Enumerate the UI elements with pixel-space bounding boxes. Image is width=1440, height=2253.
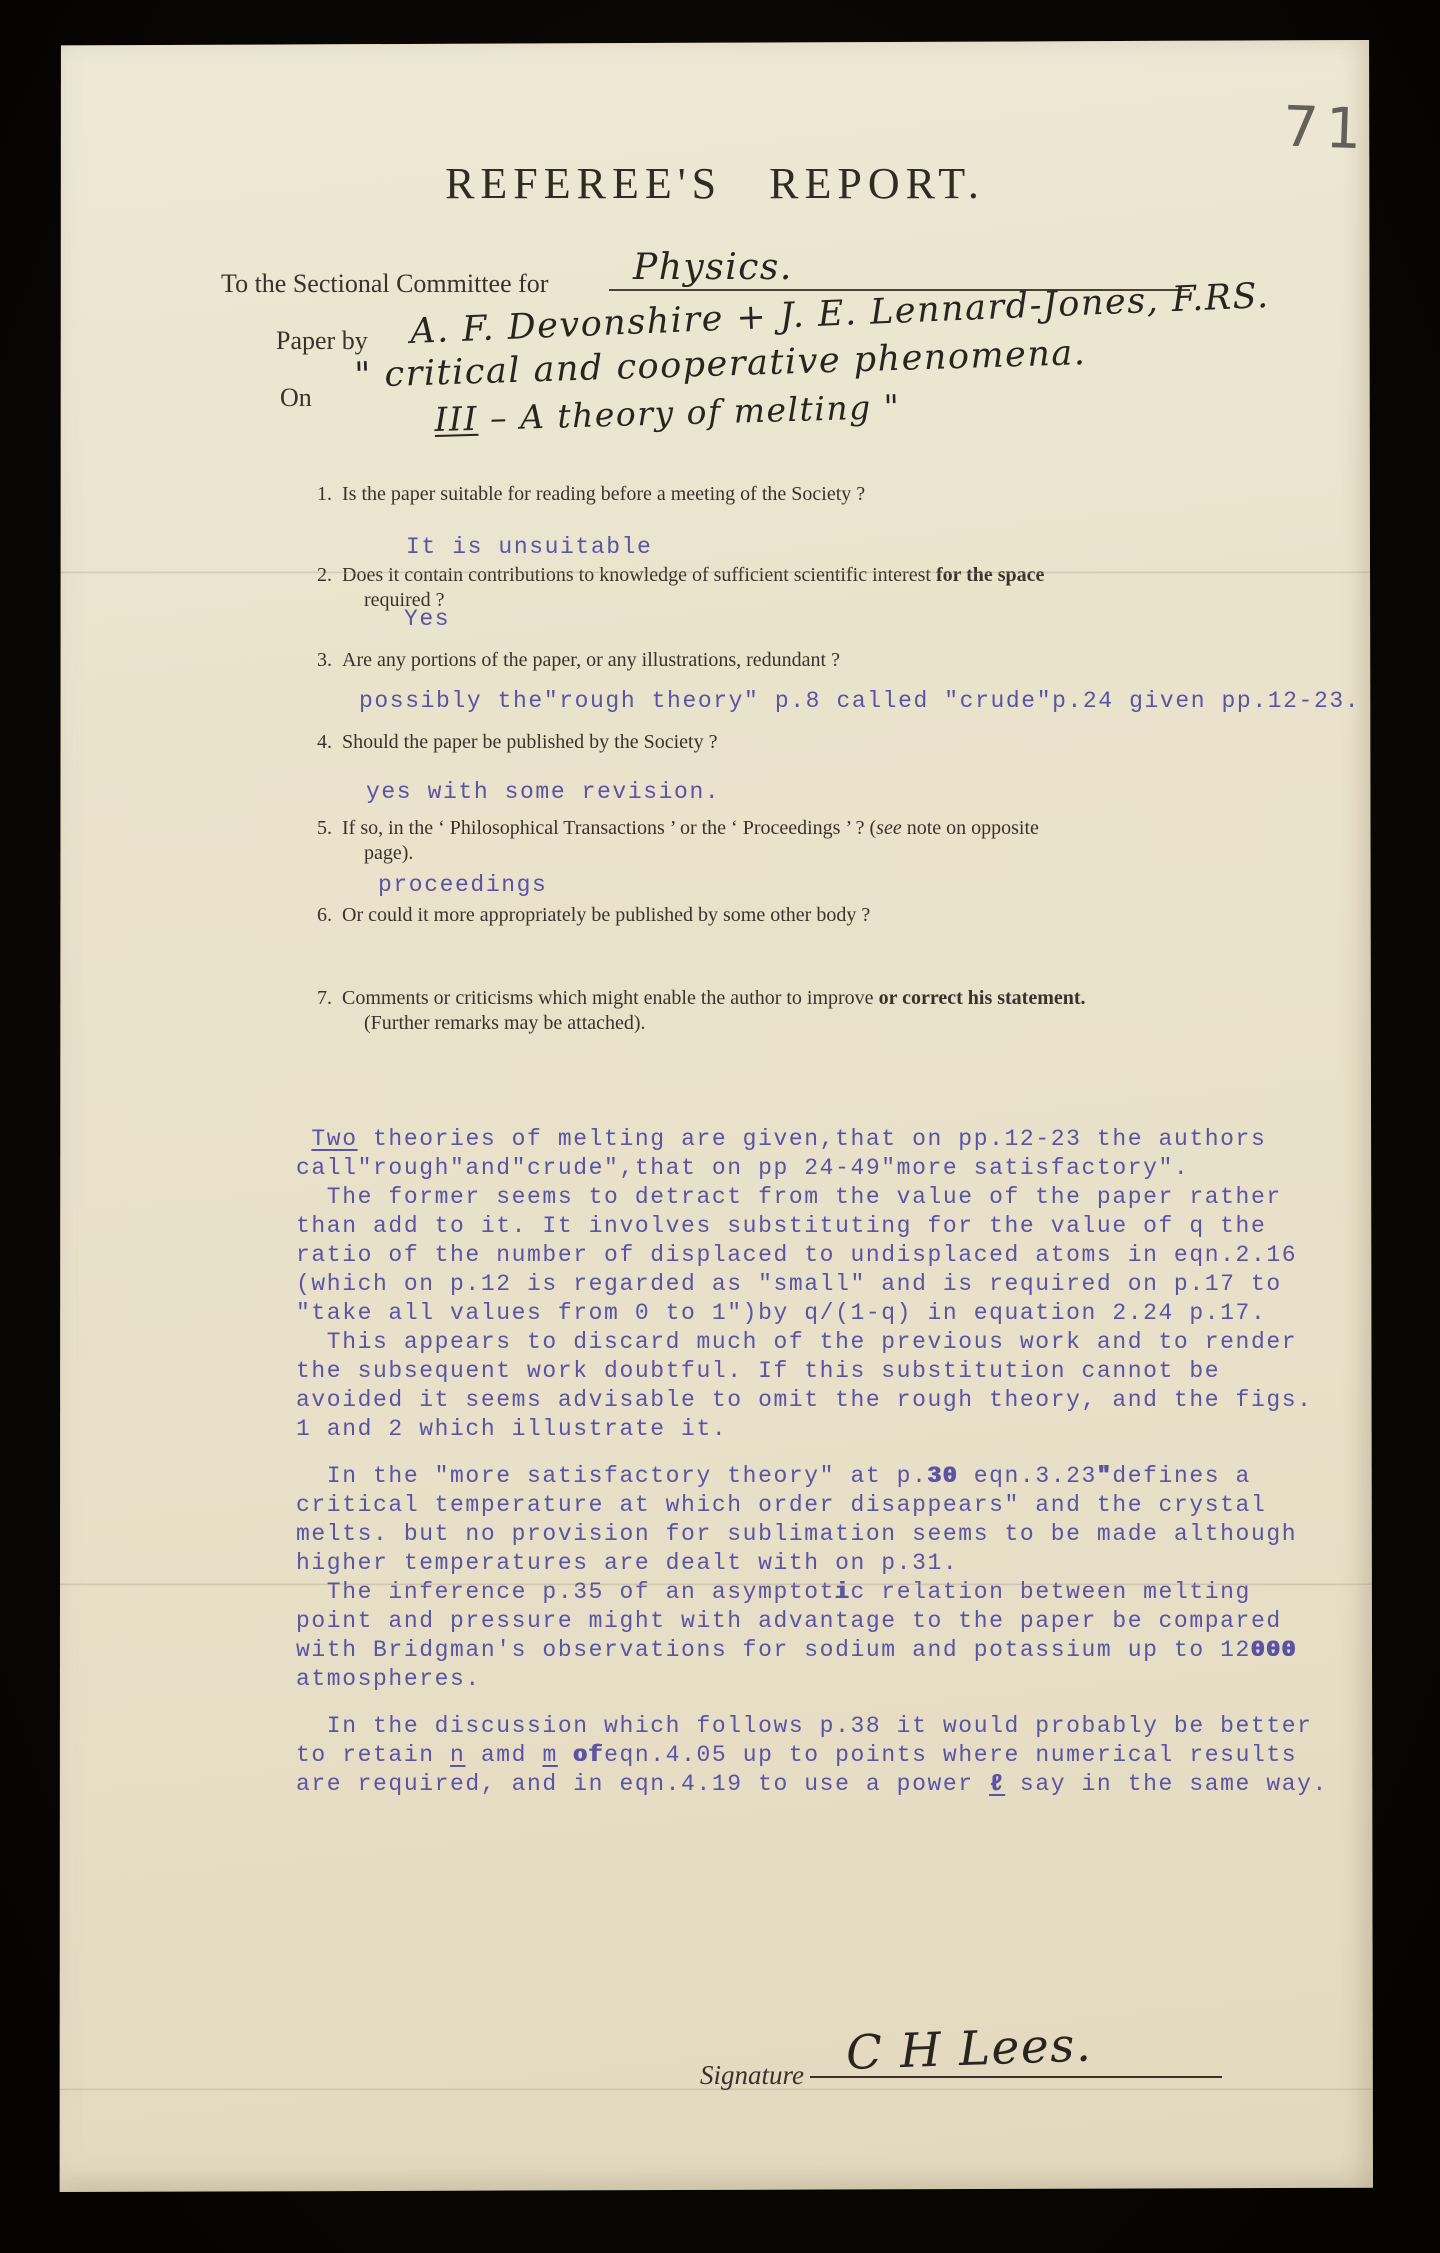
comment-line: ratio of the number of displaced to undi… xyxy=(296,1242,1366,1271)
question-3: 3. Are any portions of the paper, or any… xyxy=(317,648,1397,673)
comment-line: with Bridgman's observations for sodium … xyxy=(296,1637,1366,1666)
comment-line: are required, and in eqn.4.19 to use a p… xyxy=(296,1771,1366,1800)
comment-line: "take all values from 0 to 1")by q/(1-q)… xyxy=(296,1300,1366,1329)
scan-background: 71 REFEREE'S REPORT. To the Sectional Co… xyxy=(0,0,1440,2253)
comment-line: the subsequent work doubtful. If this su… xyxy=(296,1358,1366,1387)
committee-value-handwritten: Physics. xyxy=(633,247,793,288)
comment-line: atmospheres. xyxy=(296,1666,1366,1695)
comment-line: than add to it. It involves substituting… xyxy=(296,1213,1366,1242)
question-2-number: 2. xyxy=(317,563,332,588)
question-6-text: Or could it more appropriately be publis… xyxy=(342,903,1397,928)
question-2-text-line1: Does it contain contributions to knowled… xyxy=(342,563,1397,588)
comment-line: The former seems to detract from the val… xyxy=(296,1184,1366,1213)
comment-line: avoided it seems advisable to omit the r… xyxy=(296,1387,1366,1416)
answer-1-typed: It is unsuitable xyxy=(406,534,652,560)
answer-4-typed: yes with some revision. xyxy=(366,779,720,805)
question-5-text-line1: If so, in the ‘ Philosophical Transactio… xyxy=(342,816,1397,841)
comment-line: This appears to discard much of the prev… xyxy=(296,1329,1366,1358)
question-3-text: Are any portions of the paper, or any il… xyxy=(342,648,1397,673)
question-5-number: 5. xyxy=(317,816,332,841)
question-7-text-line1: Comments or criticisms which might enabl… xyxy=(342,986,1397,1011)
signature-handwritten: C H Lees. xyxy=(845,2017,1093,2081)
question-6-number: 6. xyxy=(317,903,332,928)
comment-line: In the "more satisfactory theory" at p.3… xyxy=(296,1463,1366,1492)
referee-comments: Two theories of melting are given,that o… xyxy=(296,1048,1366,1800)
signature-label: Signature xyxy=(700,2060,804,2091)
question-1-text: Is the paper suitable for reading before… xyxy=(342,482,1397,507)
question-4-text: Should the paper be published by the Soc… xyxy=(342,730,1397,755)
report-title: REFEREE'S REPORT. xyxy=(57,158,1373,209)
answer-5-typed: proceedings xyxy=(378,872,547,898)
question-5: 5. If so, in the ‘ Philosophical Transac… xyxy=(317,816,1397,866)
question-5-text-line2: page). xyxy=(364,841,1397,866)
comment-line: (which on p.12 is regarded as "small" an… xyxy=(296,1271,1366,1300)
question-2: 2. Does it contain contributions to know… xyxy=(317,563,1397,613)
comment-line: point and pressure might with advantage … xyxy=(296,1608,1366,1637)
question-7-text-line2: (Further remarks may be attached). xyxy=(364,1011,1397,1036)
comment-line: Two theories of melting are given,that o… xyxy=(296,1126,1366,1155)
paper-title-line2-handwritten: III – A theory of melting " xyxy=(434,387,901,439)
question-1: 1. Is the paper suitable for reading bef… xyxy=(317,482,1397,507)
comment-line: to retain n amd m ofeqn.4.05 up to point… xyxy=(296,1742,1366,1771)
report-page: 71 REFEREE'S REPORT. To the Sectional Co… xyxy=(57,40,1373,2192)
question-7-number: 7. xyxy=(317,986,332,1011)
paper-by-label: Paper by xyxy=(276,326,368,356)
comment-line: In the discussion which follows p.38 it … xyxy=(296,1713,1366,1742)
question-2-text-line2: required ? xyxy=(364,588,1397,613)
comment-line: call"rough"and"crude",that on pp 24-49"m… xyxy=(296,1155,1366,1184)
comment-line: critical temperature at which order disa… xyxy=(296,1492,1366,1521)
question-3-number: 3. xyxy=(317,648,332,673)
comment-line: 1 and 2 which illustrate it. xyxy=(296,1416,1366,1445)
folio-page-number: 71 xyxy=(1282,95,1369,163)
answer-2-typed: Yes xyxy=(404,606,450,632)
question-4-number: 4. xyxy=(317,730,332,755)
comment-line: melts. but no provision for sublimation … xyxy=(296,1521,1366,1550)
question-4: 4. Should the paper be published by the … xyxy=(317,730,1397,755)
committee-label: To the Sectional Committee for xyxy=(221,269,548,299)
question-6: 6. Or could it more appropriately be pub… xyxy=(317,903,1397,928)
comment-line: higher temperatures are dealt with on p.… xyxy=(296,1550,1366,1579)
question-1-number: 1. xyxy=(317,482,332,507)
on-label: On xyxy=(280,383,312,413)
answer-3-typed: possibly the"rough theory" p.8 called "c… xyxy=(359,688,1360,714)
comment-line: The inference p.35 of an asymptotic rela… xyxy=(296,1579,1366,1608)
question-7: 7. Comments or criticisms which might en… xyxy=(317,986,1397,1036)
